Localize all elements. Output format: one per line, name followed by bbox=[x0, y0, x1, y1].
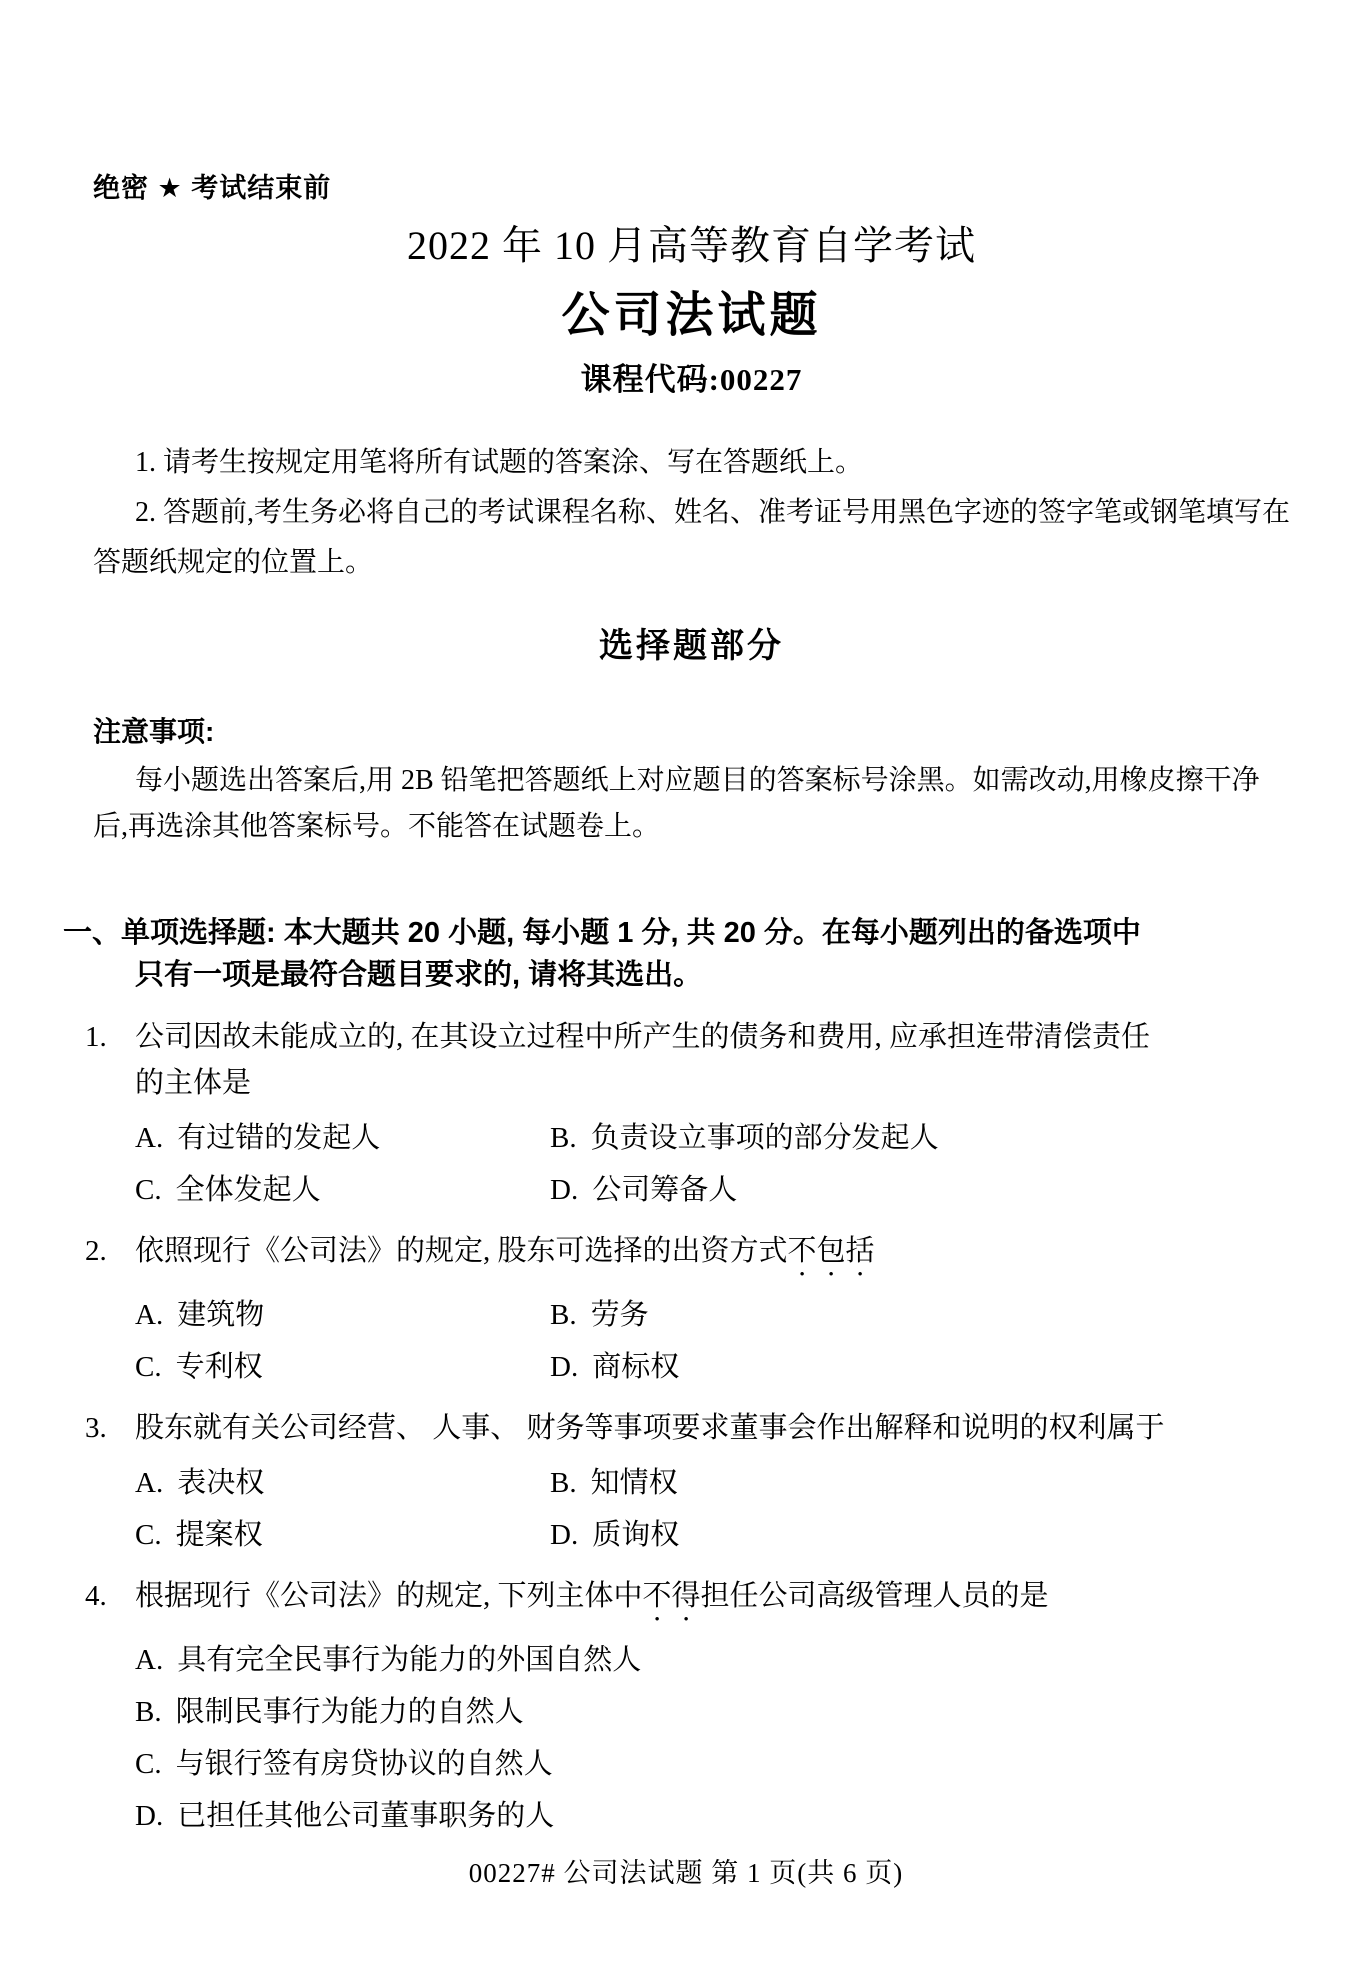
part1-heading-line2: 只有一项是最符合题目要求的, 请将其选出。 bbox=[135, 954, 1290, 996]
option-text: 劳务 bbox=[591, 1299, 649, 1331]
option-text: 建筑物 bbox=[177, 1299, 264, 1331]
option-4D: D.已担任其他公司董事职务的人 bbox=[135, 1796, 1290, 1836]
question-stem: 公司因故未能成立的, 在其设立过程中所产生的债务和费用, 应承担连带清偿责任的主… bbox=[135, 1014, 1290, 1106]
option-1B: B.负责设立事项的部分发起人 bbox=[550, 1118, 1290, 1158]
option-label: C. bbox=[135, 1174, 162, 1206]
option-text: 知情权 bbox=[591, 1467, 678, 1499]
option-text: 限制民事行为能力的自然人 bbox=[176, 1696, 524, 1728]
question-number: 2. bbox=[85, 1228, 135, 1274]
paper-title: 公司法试题 bbox=[93, 286, 1290, 346]
option-label: D. bbox=[135, 1800, 163, 1832]
part1-heading: 一、单项选择题: 本大题共 20 小题, 每小题 1 分, 共 20 分。在每小… bbox=[93, 912, 1290, 996]
option-label: D. bbox=[550, 1519, 578, 1551]
option-2D: D.商标权 bbox=[550, 1347, 1290, 1387]
question-number: 3. bbox=[85, 1405, 135, 1451]
option-text: 具有完全民事行为能力的外国自然人 bbox=[177, 1644, 641, 1676]
option-4B: B.限制民事行为能力的自然人 bbox=[135, 1692, 1290, 1732]
option-text: 与银行签有房贷协议的自然人 bbox=[176, 1748, 553, 1780]
option-text: 商标权 bbox=[592, 1351, 679, 1383]
option-label: D. bbox=[550, 1174, 578, 1206]
instruction-2: 2. 答题前,考生务必将自己的考试课程名称、姓名、准考证号用黑色字迹的签字笔或钢… bbox=[93, 488, 1290, 588]
part1-heading-line1: 一、单项选择题: 本大题共 20 小题, 每小题 1 分, 共 20 分。在每小… bbox=[63, 912, 1290, 954]
option-3B: B.知情权 bbox=[550, 1463, 1290, 1503]
option-text: 提案权 bbox=[176, 1519, 263, 1551]
question-3: 3.股东就有关公司经营、 人事、 财务等事项要求董事会作出解释和说明的权利属于A… bbox=[93, 1405, 1290, 1555]
option-1A: A.有过错的发起人 bbox=[135, 1118, 550, 1158]
option-label: C. bbox=[135, 1519, 162, 1551]
question-number: 1. bbox=[85, 1014, 135, 1060]
option-text: 负责设立事项的部分发起人 bbox=[591, 1122, 939, 1154]
option-3A: A.表决权 bbox=[135, 1463, 550, 1503]
option-text: 表决权 bbox=[177, 1467, 264, 1499]
option-label: A. bbox=[135, 1644, 163, 1676]
questions: 1.公司因故未能成立的, 在其设立过程中所产生的债务和费用, 应承担连带清偿责任… bbox=[93, 1014, 1290, 1836]
instruction-1: 1. 请考生按规定用笔将所有试题的答案涂、写在答题纸上。 bbox=[93, 438, 1290, 488]
option-2C: C.专利权 bbox=[135, 1347, 550, 1387]
option-label: A. bbox=[135, 1122, 163, 1154]
question-options: A.建筑物B.劳务C.专利权D.商标权 bbox=[93, 1295, 1290, 1387]
question-stem: 依照现行《公司法》的规定, 股东可选择的出资方式不包括 bbox=[135, 1228, 1290, 1283]
option-text: 全体发起人 bbox=[176, 1174, 321, 1206]
option-label: B. bbox=[550, 1467, 577, 1499]
option-label: D. bbox=[550, 1351, 578, 1383]
section-title: 选择题部分 bbox=[93, 622, 1290, 670]
notes-heading: 注意事项: bbox=[93, 712, 1290, 752]
secrecy-banner: 绝密 ★ 考试结束前 bbox=[93, 170, 1290, 206]
option-2B: B.劳务 bbox=[550, 1295, 1290, 1335]
exam-session-title: 2022 年 10 月高等教育自学考试 bbox=[93, 220, 1290, 272]
option-text: 公司筹备人 bbox=[592, 1174, 737, 1206]
exam-paper-page: 绝密 ★ 考试结束前 2022 年 10 月高等教育自学考试 公司法试题 课程代… bbox=[0, 0, 1372, 1982]
option-2A: A.建筑物 bbox=[135, 1295, 550, 1335]
option-label: A. bbox=[135, 1299, 163, 1331]
option-4C: C.与银行签有房贷协议的自然人 bbox=[135, 1744, 1290, 1784]
page-footer: 00227# 公司法试题 第 1 页(共 6 页) bbox=[0, 1851, 1372, 1890]
question-stem: 根据现行《公司法》的规定, 下列主体中不得担任公司高级管理人员的是 bbox=[135, 1573, 1290, 1628]
option-text: 质询权 bbox=[592, 1519, 679, 1551]
option-label: B. bbox=[550, 1299, 577, 1331]
question-2: 2.依照现行《公司法》的规定, 股东可选择的出资方式不包括A.建筑物B.劳务C.… bbox=[93, 1228, 1290, 1387]
option-text: 专利权 bbox=[176, 1351, 263, 1383]
course-code: 课程代码:00227 bbox=[93, 358, 1290, 402]
question-1: 1.公司因故未能成立的, 在其设立过程中所产生的债务和费用, 应承担连带清偿责任… bbox=[93, 1014, 1290, 1210]
question-4: 4.根据现行《公司法》的规定, 下列主体中不得担任公司高级管理人员的是A.具有完… bbox=[93, 1573, 1290, 1836]
option-text: 已担任其他公司董事职务的人 bbox=[177, 1800, 554, 1832]
question-options: A.表决权B.知情权C.提案权D.质询权 bbox=[93, 1463, 1290, 1555]
option-4A: A.具有完全民事行为能力的外国自然人 bbox=[135, 1640, 1290, 1680]
option-label: B. bbox=[550, 1122, 577, 1154]
option-text: 有过错的发起人 bbox=[177, 1122, 380, 1154]
option-label: C. bbox=[135, 1351, 162, 1383]
option-1D: D.公司筹备人 bbox=[550, 1170, 1290, 1210]
option-3D: D.质询权 bbox=[550, 1515, 1290, 1555]
question-number: 4. bbox=[85, 1573, 135, 1619]
question-stem: 股东就有关公司经营、 人事、 财务等事项要求董事会作出解释和说明的权利属于 bbox=[135, 1405, 1290, 1451]
option-label: C. bbox=[135, 1748, 162, 1780]
option-label: B. bbox=[135, 1696, 162, 1728]
option-3C: C.提案权 bbox=[135, 1515, 550, 1555]
option-1C: C.全体发起人 bbox=[135, 1170, 550, 1210]
question-options: A.具有完全民事行为能力的外国自然人B.限制民事行为能力的自然人C.与银行签有房… bbox=[93, 1640, 1290, 1836]
notes-body: 每小题选出答案后,用 2B 铅笔把答题纸上对应题目的答案标号涂黑。如需改动,用橡… bbox=[93, 758, 1290, 850]
question-options: A.有过错的发起人B.负责设立事项的部分发起人C.全体发起人D.公司筹备人 bbox=[93, 1118, 1290, 1210]
option-label: A. bbox=[135, 1467, 163, 1499]
